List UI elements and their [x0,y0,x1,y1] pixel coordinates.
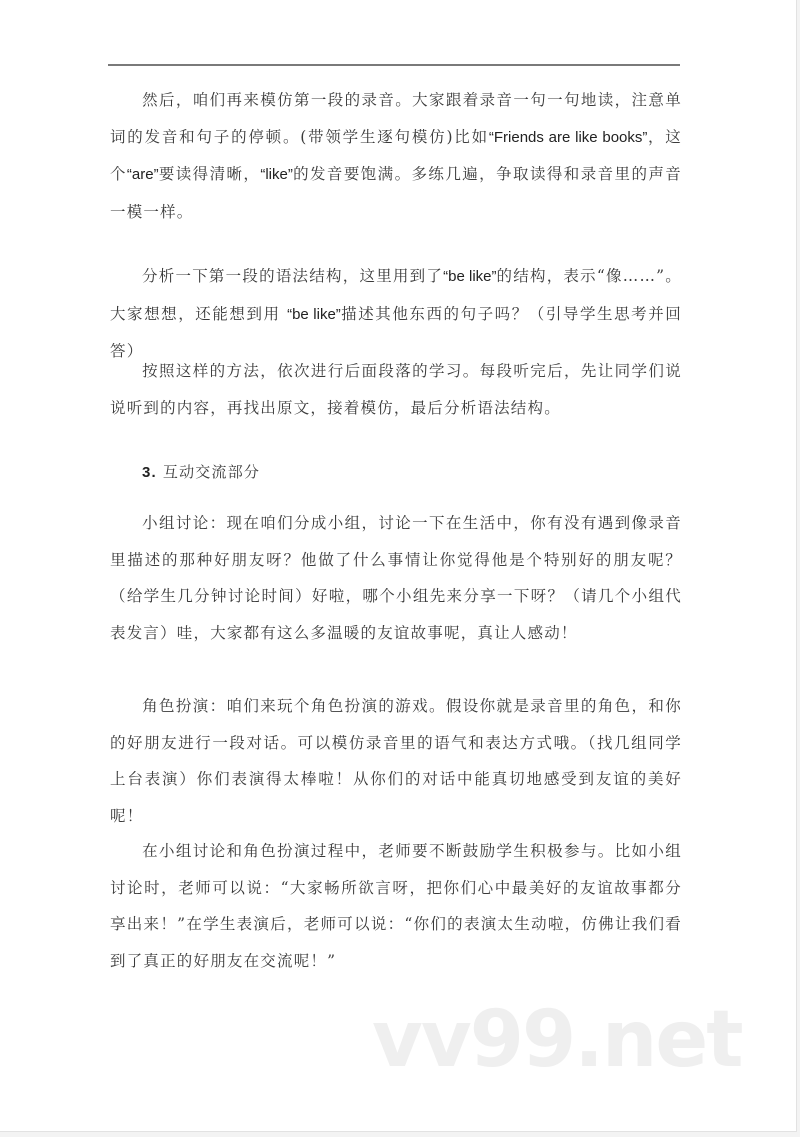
section-title: 互动交流部分 [163,463,260,481]
paragraph-group-discussion: 小组讨论：现在咱们分成小组，讨论一下在生活中，你有没有遇到像录音里描述的那种好朋… [110,505,682,651]
text-run: 小组讨论：现在咱们分成小组，讨论一下在生活中，你有没有遇到像录音里描述的那种好朋… [110,514,682,642]
header-rule [108,64,680,66]
watermark: vv99.net [372,995,742,1085]
text-run: 角色扮演：咱们来玩个角色扮演的游戏。假设你就是录音里的角色，和你的好朋友进行一段… [110,697,682,825]
section-heading: 3. 互动交流部分 [142,461,260,482]
paragraph-role-play: 角色扮演：咱们来玩个角色扮演的游戏。假设你就是录音里的角色，和你的好朋友进行一段… [110,688,682,834]
english-quote: “be like” [287,306,341,323]
english-quote: “Friends are like books” [489,129,648,146]
english-quote: “are” [127,166,159,183]
text-run: 分析一下第一段的语法结构，这里用到了 [142,267,443,285]
text-run: 按照这样的方法，依次进行后面段落的学习。每段听完后，先让同学们说说听到的内容，再… [110,362,682,417]
text-run: 要读得清晰， [159,165,261,183]
paragraph-imitate-recording: 然后，咱们再来模仿第一段的录音。大家跟着录音一句一句地读，注意单词的发音和句子的… [110,82,682,230]
section-number: 3. [142,464,157,481]
english-quote: “be like” [443,268,496,285]
paragraph-teacher-encouragement: 在小组讨论和角色扮演过程中，老师要不断鼓励学生积极参与。比如小组讨论时，老师可以… [110,833,682,979]
text-run: 在小组讨论和角色扮演过程中，老师要不断鼓励学生积极参与。比如小组讨论时，老师可以… [110,842,682,970]
english-quote: “like” [260,166,293,183]
paragraph-method: 按照这样的方法，依次进行后面段落的学习。每段听完后，先让同学们说说听到的内容，再… [110,353,682,426]
document-page: 然后，咱们再来模仿第一段的录音。大家跟着录音一句一句地读，注意单词的发音和句子的… [0,0,797,1132]
